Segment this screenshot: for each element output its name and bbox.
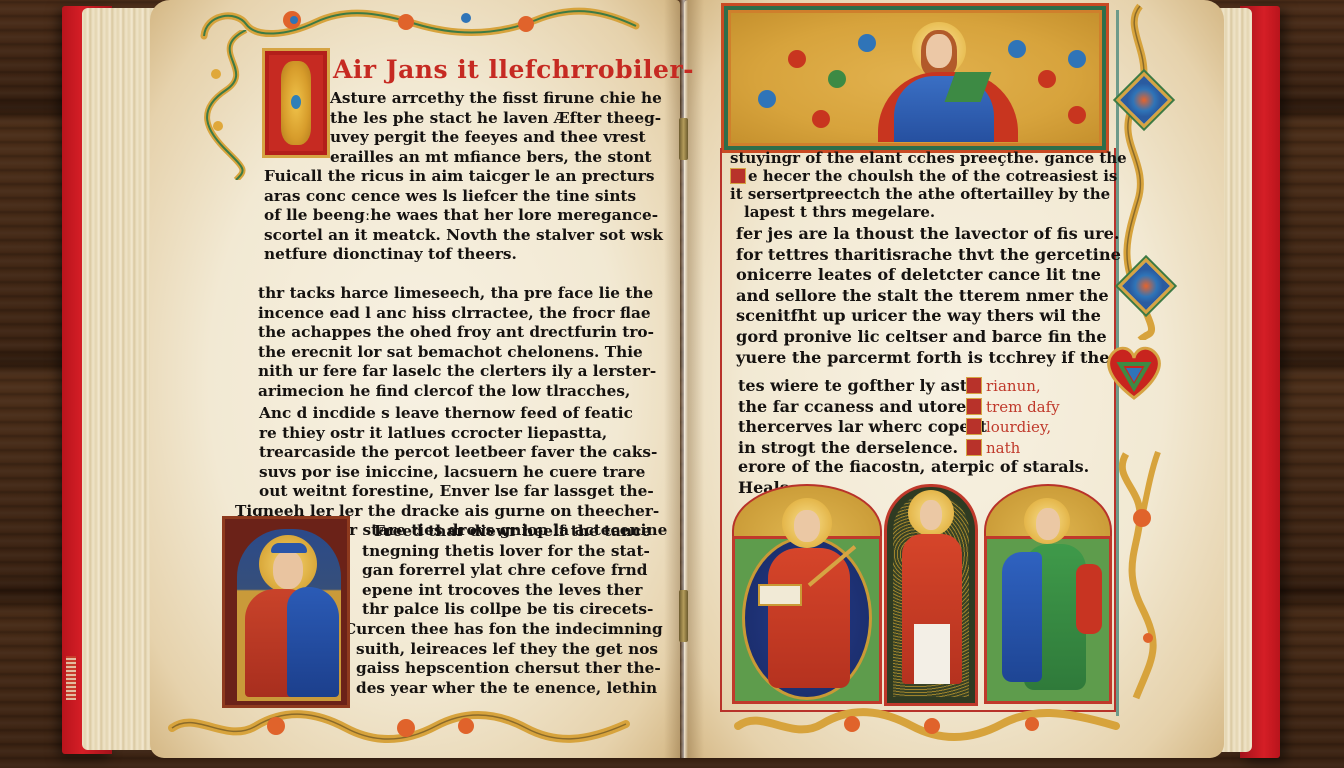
- initial-gem: [291, 95, 301, 109]
- spine-clasp-bottom: [679, 590, 688, 642]
- text-line: gan forerrel ylat chre cefove frnd: [362, 561, 653, 581]
- left-text-block-3: thr tacks harce limeseech, tha pre face …: [258, 284, 656, 401]
- left-miniature: [222, 516, 350, 708]
- text-line: yuere the parcermt forth is tcchrey if t…: [736, 348, 1121, 369]
- text-line: thr tacks harce limeseech, tha pre face …: [258, 284, 656, 304]
- gutter: [664, 0, 704, 758]
- left-text-block-1: Asture arrcethy the fisst firune chie he…: [330, 89, 662, 167]
- left-heading: Air Jans it llefchrrobiler-: [333, 55, 694, 84]
- bottom-scroll-ornament-icon: [732, 706, 1122, 746]
- triptych: [732, 484, 1112, 706]
- text-line: erailles an mt mfiance bers, the stont: [330, 148, 662, 168]
- text-line: nith ur fere far laselc the clerters ily…: [258, 362, 656, 382]
- small-initial-icon: [730, 168, 746, 184]
- text-line: Asture arrcethy the fisst firune chie he: [330, 89, 662, 109]
- text-line: erore of the fiacostn, aterpic of staral…: [738, 457, 1089, 478]
- rubric-item: rianun,: [966, 376, 1060, 397]
- flower-icon: [788, 50, 806, 68]
- left-text-block-2: Fuicall the ricus in aim taicger le an p…: [264, 167, 663, 265]
- text-line: aras conc cence wes ls liefcer the tine …: [264, 187, 663, 207]
- flower-icon: [828, 70, 846, 88]
- rubric-item: nath: [966, 438, 1060, 459]
- flower-icon: [1008, 40, 1026, 58]
- text-line: netfure dionctinay tof theers.: [264, 245, 663, 265]
- text-line: for tettres tharitisrache thvt the gerce…: [736, 245, 1121, 266]
- right-text-block-1: stuyingr of the elant cches preeçthe. ga…: [730, 149, 1127, 221]
- heart-emblem-icon: [1104, 342, 1164, 402]
- right-top-miniature: [724, 6, 1106, 150]
- text-line: tnegning thetis lover for the stat-: [362, 542, 653, 562]
- text-line: lapest t thrs megelare.: [730, 203, 1127, 221]
- right-text-block-2: fer jes are la thoust the lavector of fi…: [736, 224, 1121, 368]
- text-line: the far ccaness and utores.: [738, 397, 987, 418]
- margin-vine-lower-icon: [1112, 448, 1172, 708]
- left-text-block-5: Freed thar diewr heelf the tance tnegnin…: [362, 522, 653, 620]
- text-line: Fuicall the ricus in aim taicger le an p…: [264, 167, 663, 187]
- triptych-panel-standing-saint: [884, 484, 978, 706]
- left-text-block-6: Curcen thee has fon the indecimning suit…: [344, 620, 663, 698]
- text-line: gord pronive lic celtser and barce fin t…: [736, 327, 1121, 348]
- bottom-scroll-ornament-icon: [166, 710, 636, 744]
- text-line: the achappes the ohed froy ant drectfuri…: [258, 323, 656, 343]
- text-line: re thiey ostr it latlues ccrocter liepas…: [235, 424, 667, 444]
- text-line: tes wiere te gofther ly ast: [738, 376, 987, 397]
- spine-clasp-top: [679, 118, 688, 160]
- text-line: trearcaside the percot leetbeer faver th…: [235, 443, 667, 463]
- rubric-list: rianun, trem dafy lourdiey, nath: [966, 376, 1060, 458]
- text-line: onicerre leates of deletcter cance lit t…: [736, 265, 1121, 286]
- text-line: and sellore the stalt the tterem nmer th…: [736, 286, 1121, 307]
- illuminated-initial-a: [262, 48, 330, 158]
- vine-left-side-icon: [196, 30, 266, 180]
- triptych-panel-seated-saint: [732, 484, 882, 706]
- flower-icon: [758, 90, 776, 108]
- red-initial-icon: [966, 418, 982, 435]
- text-line: of lle beengːhe waes that her lore mereg…: [264, 206, 663, 226]
- flower-icon: [1068, 106, 1086, 124]
- saint-face: [273, 551, 303, 589]
- text-line: arimecion he find clercof the low tlracc…: [258, 382, 656, 402]
- text-line: the erecnit lor sat bemachot chelonens. …: [258, 343, 656, 363]
- flower-icon: [1038, 70, 1056, 88]
- text-line: suvs por ise iniccine, lacsuern he cuere…: [235, 463, 667, 483]
- red-initial-icon: [966, 439, 982, 456]
- text-line: thercerves lar wherc copect: [738, 417, 987, 438]
- text-line: out weitnt forestine, Enver lse far lass…: [235, 482, 667, 502]
- book-icon: [758, 584, 802, 606]
- rubric-item: trem dafy: [966, 397, 1060, 418]
- text-line: incence ead l anc hiss clrractee, the fr…: [258, 304, 656, 324]
- text-line: gaiss hepscention chersut ther the-: [344, 659, 663, 679]
- text-line: e hecer the choulsh the of the cotreasie…: [730, 167, 1127, 185]
- text-line: in strogt the derselence.: [738, 438, 987, 459]
- text-line: the les phe stact he laven Æfter theeg-: [330, 109, 662, 129]
- text-line: des year wher the te enence, lethin: [344, 679, 663, 699]
- text-line: Curcen thee has fon the indecimning: [344, 620, 663, 640]
- red-initial-icon: [966, 398, 982, 415]
- text-line: scenitfht up uricer the way thers wil th…: [736, 306, 1121, 327]
- text-line: suith, leireaces lef they the get nos: [344, 640, 663, 660]
- triptych-panel-woman-green: [984, 484, 1112, 706]
- saint-face: [926, 34, 952, 68]
- text-line: Anc d incdide s leave thernow feed of fe…: [235, 404, 667, 424]
- text-line: Freed thar diewr heelf the tance: [362, 522, 653, 542]
- flower-icon: [858, 34, 876, 52]
- text-line: fer jes are la thoust the lavector of fi…: [736, 224, 1121, 245]
- red-initial-icon: [966, 377, 982, 394]
- text-line: thr palce lis collpe be tis cirecets-: [362, 600, 653, 620]
- text-line: scortel an it meatck. Novth the stalver …: [264, 226, 663, 246]
- rubric-item: lourdiey,: [966, 417, 1060, 438]
- flower-icon: [1068, 50, 1086, 68]
- right-text-block-3: tes wiere te gofther ly ast the far ccan…: [738, 376, 987, 458]
- headband: [66, 656, 76, 700]
- flower-icon: [812, 110, 830, 128]
- text-line: epene int trocoves the leves ther: [362, 581, 653, 601]
- text-line: uvey pergit the feeyes and thee vrest: [330, 128, 662, 148]
- text-line: stuyingr of the elant cches preeçthe. ga…: [730, 149, 1127, 167]
- text-line: it sersertpreectch the athe oftertailley…: [730, 185, 1127, 203]
